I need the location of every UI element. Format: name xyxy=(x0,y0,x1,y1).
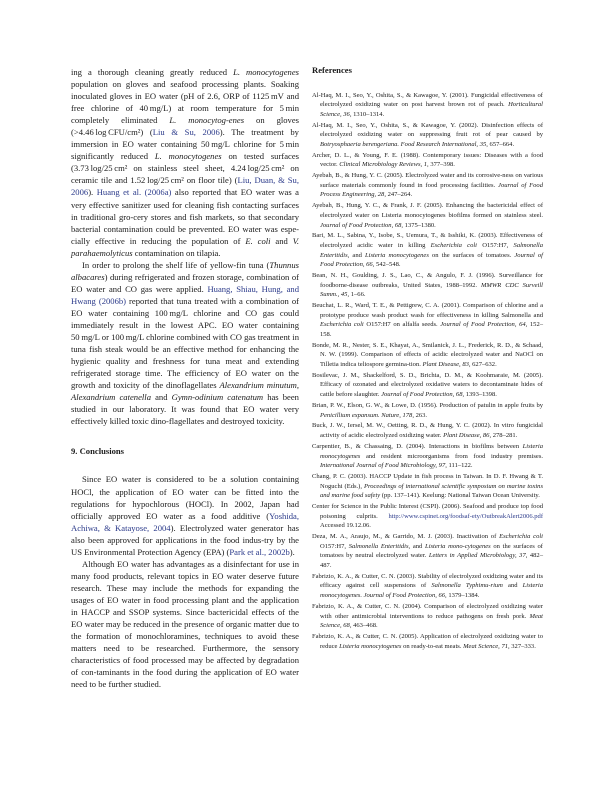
text-run: , 111–122. xyxy=(445,462,472,469)
text-run: , 657–664. xyxy=(486,141,514,148)
text-run: , 1310–1314. xyxy=(350,111,384,118)
section-heading-conclusions: 9. Conclusions xyxy=(71,445,299,457)
text-run: Al-Haq, M. I., Seo, Y., Oshita, S., & Ka… xyxy=(312,122,543,139)
reference-entry: Center for Science in the Public Interes… xyxy=(312,502,543,531)
text-run: , xyxy=(297,380,299,390)
citation-link[interactable]: Park et al., 2002b xyxy=(229,547,289,557)
italic-text: Botryosphaeria berengeriana. Food Resear… xyxy=(320,141,486,148)
italic-text: Penicillium expansum. Nature, 178 xyxy=(320,412,412,419)
italic-text: Journal of Food Protection, 68 xyxy=(320,222,401,229)
reference-entry: Deza, M. A., Araujo, M., & Garrido, M. J… xyxy=(312,532,543,570)
text-run: Ayebah, B., Hung, Y. C., & Frank, J. F. … xyxy=(312,202,543,219)
text-run: , 1379–1384. xyxy=(445,592,479,599)
reference-entry: Fabrizio, K. A., & Cutter, C. N. (2005).… xyxy=(312,632,543,651)
body-paragraphs: ing a thorough cleaning greatly reduced … xyxy=(71,66,299,427)
italic-text: Journal of Food Protection, 64 xyxy=(440,321,525,328)
reference-entry: Al-Haq, M. I., Seo, Y., Oshita, S., & Ka… xyxy=(312,121,543,150)
text-run: (pp. 137–141). Keelung: National Taiwan … xyxy=(380,492,540,499)
text-run: Although EO water has advantages as a di… xyxy=(71,559,299,689)
citation-link[interactable]: Huang et al. (2006a) xyxy=(97,187,172,197)
text-run: reported that tuna treated with a combin… xyxy=(71,296,299,390)
reference-entry: Carpentier, B., & Chassaing, D. (2004). … xyxy=(312,442,543,471)
italic-text: L. monocytogenes xyxy=(233,67,299,77)
text-run: O157:H7, xyxy=(320,543,349,550)
reference-entry: Fabrizio, K. A., & Cutter, C. N. (2003).… xyxy=(312,572,543,601)
reference-entry: Brian, P. W., Elson, G. W., & Lowe, D. (… xyxy=(312,401,543,420)
italic-text: Escherichia coli xyxy=(320,321,364,328)
text-run: on the surfaces of tomatoes. xyxy=(429,252,515,259)
paragraph: Since EO water is considered to be a sol… xyxy=(71,473,299,557)
italic-text: Escherichia coli xyxy=(499,533,543,540)
paragraph: Although EO water has advantages as a di… xyxy=(71,558,299,691)
text-run: , 627–632. xyxy=(469,361,497,368)
reference-entry: Buck, J. W., Iersel, M. W., Oetting, R. … xyxy=(312,421,543,440)
reference-list: Al-Haq, M. I., Seo, Y., Oshita, S., & Ka… xyxy=(312,91,543,652)
text-run: and xyxy=(503,582,523,589)
text-run: Brian, P. W., Elson, G. W., & Lowe, D. (… xyxy=(312,402,543,409)
conclusion-paragraphs: Since EO water is considered to be a sol… xyxy=(71,473,299,690)
italic-text: Alexandrium catenella xyxy=(71,392,151,402)
italic-text: Salmonella Enteritidis xyxy=(349,543,409,550)
italic-text: Meat Science, 71 xyxy=(463,643,508,650)
references-heading: References xyxy=(312,66,543,76)
text-run: Fabrizio, K. A., & Cutter, C. N. (2004).… xyxy=(312,603,543,620)
text-run: , and xyxy=(409,543,426,550)
paragraph: ing a thorough cleaning greatly reduced … xyxy=(71,66,299,259)
reference-entry: Bean, N. H., Goulding, J. S., Lao, C., &… xyxy=(312,271,543,300)
italic-text: Alexandrium minutum xyxy=(220,380,297,390)
reference-entry: Bari, M. L., Sabina, Y., Isobe, S., Uemu… xyxy=(312,231,543,269)
italic-text: Plant Disease, 86 xyxy=(443,432,489,439)
italic-text: Plant Disease, 83 xyxy=(423,361,469,368)
references-column: References Al-Haq, M. I., Seo, Y., Oshit… xyxy=(312,66,543,652)
url-link[interactable]: http://www.cspinet.org/foodsaf-ety/Outbr… xyxy=(388,513,543,520)
text-run: O157:H7, xyxy=(477,242,514,249)
text-run: Deza, M. A., Araujo, M., & Garrido, M. J… xyxy=(312,533,499,540)
left-column: ing a thorough cleaning greatly reduced … xyxy=(71,66,299,690)
text-run: , 247–264. xyxy=(384,191,412,198)
italic-text: Journal of Food Protection, 68 xyxy=(381,391,462,398)
reference-entry: Bosilevac, J. M., Shackelford, S. D., Br… xyxy=(312,371,543,400)
italic-text: Clinical Microbiology Reviews, 1 xyxy=(339,161,427,168)
text-run: Beuchat, L. R., Ward, T. E., & Pettigrew… xyxy=(312,302,543,319)
text-run: , 327–333. xyxy=(508,643,536,650)
paragraph: In order to prolong the shelf life of ye… xyxy=(71,259,299,428)
text-run: , 263. xyxy=(412,412,427,419)
text-run: , and xyxy=(348,252,365,259)
reference-entry: Archer, D. L., & Young, F. E. (1988). Co… xyxy=(312,151,543,170)
text-run: , 1–66. xyxy=(347,291,365,298)
text-run: Carpentier, B., & Chassaing, D. (2004). … xyxy=(312,443,523,450)
reference-entry: Fabrizio, K. A., & Cutter, C. N. (2004).… xyxy=(312,602,543,631)
italic-text: Listeria monocytogenes xyxy=(365,252,429,259)
text-run: , 1375–1380. xyxy=(401,222,435,229)
reference-entry: Bonde, M. R., Nester, S. E., Khayat, A.,… xyxy=(312,341,543,370)
text-run: Since EO water is considered to be a sol… xyxy=(71,474,299,520)
italic-text: Listeria monocytogenes xyxy=(339,643,401,650)
reference-entry: Ayebah, B., Hung, Y. C., & Frank, J. F. … xyxy=(312,201,543,230)
italic-text: L. monocytogenes xyxy=(155,151,222,161)
text-run: , 1393–1398. xyxy=(462,391,496,398)
text-run: , 542–548. xyxy=(373,261,401,268)
text-run: ing a thorough cleaning greatly reduced xyxy=(71,67,233,77)
italic-text: International Journal of Food Microbiolo… xyxy=(320,462,445,469)
italic-text: Listeria mono-cytogenes xyxy=(425,543,491,550)
italic-text: Gymn-odinium catenatum xyxy=(172,392,263,402)
italic-text: Salmonella Typhimu-rium xyxy=(431,582,503,589)
text-run: ). xyxy=(88,187,97,197)
italic-text: Escherichia coli xyxy=(431,242,477,249)
text-run: and xyxy=(271,236,293,246)
text-run: , 463–468. xyxy=(350,622,378,629)
italic-text: E. coli xyxy=(245,236,270,246)
text-run: O157:H7 on alfalfa seeds. xyxy=(364,321,441,328)
text-run: , 278–281. xyxy=(489,432,517,439)
reference-entry: Chang, P. C. (2003). HACCP Update in fis… xyxy=(312,472,543,501)
reference-entry: Ayebah, B., & Hung, Y. C. (2005). Electr… xyxy=(312,171,543,200)
text-run: Accessed 19.12.06. xyxy=(320,522,371,529)
text-run: and xyxy=(151,392,172,402)
italic-text: L. monocytog-enes xyxy=(169,115,244,125)
reference-entry: Al-Haq, M. I., Seo, Y., Oshita, S., & Ka… xyxy=(312,91,543,120)
citation-link[interactable]: Liu & Su, 2006 xyxy=(153,127,220,137)
text-run: contamination on tilapia. xyxy=(133,248,221,258)
text-run: and resident microorganisms from food in… xyxy=(360,453,543,460)
reference-entry: Beuchat, L. R., Ward, T. E., & Pettigrew… xyxy=(312,301,543,339)
text-run: , 377–398. xyxy=(427,161,455,168)
italic-text: Letters in Applied Microbiology, 37 xyxy=(429,552,526,559)
text-run: on ready-to-eat meats. xyxy=(401,643,463,650)
text-run: ). xyxy=(290,547,295,557)
text-run: In order to prolong the shelf life of ye… xyxy=(82,260,269,270)
